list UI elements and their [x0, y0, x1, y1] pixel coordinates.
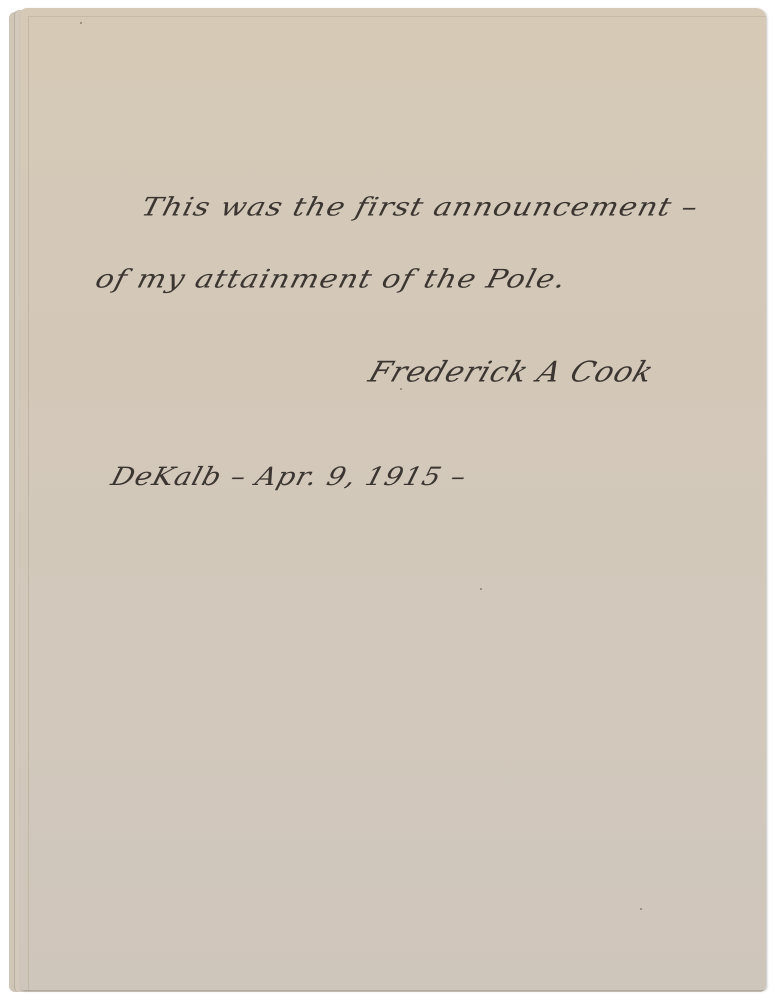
paper-sheet	[20, 8, 766, 990]
place-and-date: DeKalb – Apr. 9, 1915 –	[108, 462, 471, 492]
paper-speck	[640, 908, 642, 910]
paper-speck	[480, 588, 482, 590]
handwritten-line-1: This was the first announcement –	[138, 193, 701, 223]
signature: Frederick A Cook	[364, 356, 658, 389]
paper-speck	[80, 22, 82, 24]
handwritten-line-2: of my attainment of the Pole.	[92, 265, 569, 295]
